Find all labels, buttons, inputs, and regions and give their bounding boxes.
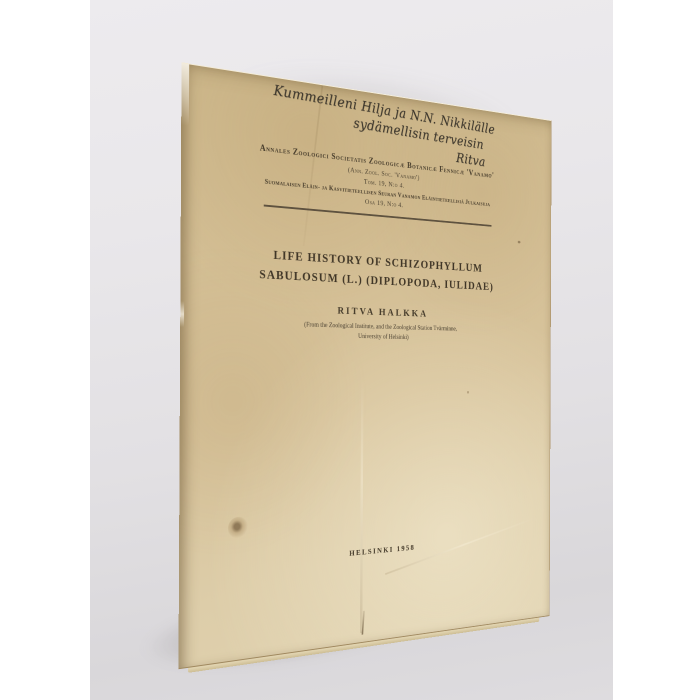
booklet: Kummeilleni Hilja ja N.N. Nikkilälle syd… xyxy=(178,62,551,674)
cover-speck xyxy=(518,241,521,244)
cover-stain xyxy=(228,516,248,539)
paper-title: LIFE HISTORY OF SCHIZOPHYLLUM SABULOSUM … xyxy=(190,240,544,299)
cover-crease-center xyxy=(360,378,364,633)
product-photo-backdrop: Kummeilleni Hilja ja N.N. Nikkilälle syd… xyxy=(90,0,613,700)
spine-nick xyxy=(180,301,184,327)
cover-speck xyxy=(467,391,469,394)
book-front-cover: Kummeilleni Hilja ja N.N. Nikkilälle syd… xyxy=(178,62,551,669)
spine-wear-patch xyxy=(181,63,189,126)
cover-crack xyxy=(362,611,365,635)
author-block: RITVA HALKKA (From the Zoological Instit… xyxy=(190,299,544,345)
